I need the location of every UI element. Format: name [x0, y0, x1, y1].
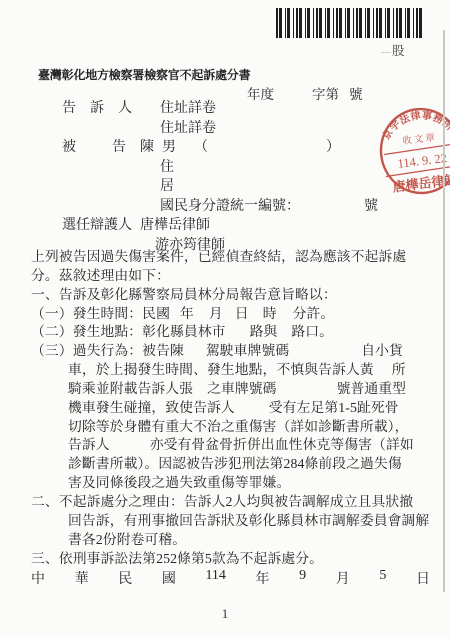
- doc-line: 騎乘並附載告訴人張之車牌號碼號普通重型: [0, 380, 450, 399]
- text-segment: 駕駛車牌號碼: [206, 343, 289, 358]
- date-char: 民: [118, 568, 132, 588]
- text-segment: 國民身分證統一編號：: [160, 199, 300, 214]
- text-segment: 告訴人: [68, 437, 110, 452]
- document-title: 臺灣彰化地方檢察署檢察官不起訴處分書: [38, 66, 250, 83]
- redaction-gap: [249, 317, 263, 318]
- redaction-gap: [300, 209, 364, 210]
- text-segment: （一）發生時間：民國: [31, 306, 170, 321]
- text-segment: 分。茲敘述理由如下：: [31, 268, 170, 283]
- doc-line: 二、不起訴處分之理由：告訴人2人均與被告調解成立且具狀撤: [0, 493, 450, 512]
- text-segment: 日: [235, 306, 249, 321]
- text-segment: 分許。: [293, 306, 335, 321]
- text-segment: 診斷書所載）。因認被告涉犯刑法第284條前段之過失傷: [68, 456, 402, 471]
- doc-line: （二）發生地點：彰化縣員林市路與路口。: [0, 323, 450, 342]
- text-segment: 一、告訴及彰化縣警察局員林分局報告意旨略以：: [31, 287, 337, 302]
- text-segment: 唐樺岳律師: [140, 218, 210, 233]
- redaction-gap: [76, 150, 112, 151]
- redaction-gap: [274, 98, 312, 99]
- redaction-gap: [277, 317, 293, 318]
- text-segment: （三）過失行為：被告陳: [31, 343, 184, 358]
- doc-line: 害及同條後段之過失致重傷等罪嫌。: [0, 474, 450, 493]
- text-segment: 切除等於身體有重大不治之重傷害（詳如診斷書所載），: [68, 419, 409, 434]
- doc-line: 選任辯護人唐樺岳律師: [0, 217, 450, 237]
- redaction-gap: [194, 317, 209, 318]
- text-segment: 男: [162, 140, 176, 155]
- date-line: 中華民國114年9月5日: [31, 568, 430, 588]
- doc-line: 機車發生碰撞，致使告訴人受有左足第1-5趾死骨: [0, 399, 450, 418]
- text-segment: 害及同條後段之過失致重傷等罪嫌。: [68, 475, 290, 490]
- text-segment: 二、不起訴處分之理由：告訴人2人均與被告調解成立且具狀撤: [31, 494, 413, 509]
- doc-line: （三）過失行為：被告陳駕駛車牌號碼自小貨: [0, 342, 450, 361]
- redaction-gap: [208, 150, 326, 151]
- stamp-lawyer-name: 唐樺岳律師: [392, 172, 450, 195]
- text-segment: 號普通重型: [337, 381, 406, 396]
- redaction-gap: [176, 150, 194, 151]
- doc-line: 分。茲敘述理由如下：: [0, 267, 450, 286]
- text-segment: 選任辯護人: [62, 218, 132, 233]
- text-segment: 住址詳卷: [160, 101, 216, 116]
- redaction-gap: [277, 392, 337, 393]
- text-segment: 所: [392, 362, 406, 377]
- barcode: [276, 8, 422, 38]
- text-segment: 月: [209, 306, 223, 321]
- redaction-gap: [193, 392, 207, 393]
- text-segment: 時: [263, 306, 277, 321]
- text-segment: 上列被告因過失傷害案件，已經偵查終結，認為應該不起訴處: [31, 249, 406, 264]
- doc-line: （一）發生時間：民國年月日時分許。: [0, 305, 450, 324]
- date-char: 中: [31, 568, 45, 588]
- redaction-gap: [226, 335, 250, 336]
- text-segment: 年: [180, 306, 194, 321]
- redaction-gap: [339, 98, 349, 99]
- redaction-gap: [374, 373, 392, 374]
- text-segment: 路口。: [291, 324, 333, 339]
- redaction-gap: [233, 98, 247, 99]
- redaction-gap: [277, 335, 291, 336]
- scan-page-edge: [443, 30, 445, 592]
- doc-line: 一、告訴及彰化縣警察局員林分局報告意旨略以：: [0, 286, 450, 305]
- text-segment: 住: [160, 160, 174, 175]
- redaction-gap: [132, 111, 160, 112]
- text-segment: 居: [160, 179, 174, 194]
- redaction-gap: [154, 150, 162, 151]
- doc-line: 書各2份附卷可稽。: [0, 531, 450, 550]
- text-segment: 三、依刑事訴訟法第252條第5款為不起訴處分。: [31, 551, 323, 566]
- division-text: 股: [392, 44, 406, 58]
- body-text-section: 上列被告因過失傷害案件，已經偵查終結，認為應該不起訴處分。茲敘述理由如下：一、告…: [0, 248, 450, 568]
- text-segment: （二）發生地點：彰化縣員林市: [31, 324, 226, 339]
- division-redaction-mark: —: [381, 47, 392, 58]
- text-segment: 路與: [250, 324, 278, 339]
- redaction-gap: [170, 317, 180, 318]
- text-segment: ）: [326, 140, 340, 155]
- date-char: 國: [162, 568, 176, 588]
- redaction-gap: [174, 189, 204, 190]
- text-segment: 告 訴 人: [62, 101, 132, 116]
- text-segment: 書各2份附卷可稽。: [68, 532, 186, 547]
- document-page: —股 臺灣彰化地方檢察署檢察官不起訴處分書 年度字第號 告 訴 人住址詳卷住址詳…: [0, 0, 450, 637]
- text-segment: 受有左足第1-5趾死骨: [269, 400, 399, 415]
- text-segment: 之車牌號碼: [207, 381, 276, 396]
- redaction-gap: [289, 354, 361, 355]
- redaction-gap: [184, 354, 206, 355]
- doc-line: 車，於上揭發生時間、發生地點，不慎與告訴人黃所: [0, 361, 450, 380]
- redaction-gap: [223, 317, 235, 318]
- division-label: —股: [381, 41, 406, 59]
- law-firm-receipt-stamp-icon: 京宇法律事務所 收文章 114. 9. 22 唐樺岳律師: [372, 99, 450, 203]
- doc-line: 三、依刑事訴訟法第252條第5款為不起訴處分。: [0, 550, 450, 569]
- doc-line: 告訴人亦受有骨盆骨折併出血性休克等傷害（詳如: [0, 436, 450, 455]
- text-segment: 騎乘並附載告訴人張: [68, 381, 193, 396]
- text-segment: 告 陳: [112, 140, 154, 155]
- doc-line: 切除等於身體有重大不治之重傷害（詳如診斷書所載），: [0, 418, 450, 437]
- page-number: 1: [0, 606, 450, 622]
- doc-line: 診斷書所載）。因認被告涉犯刑法第284條前段之過失傷: [0, 455, 450, 474]
- text-segment: 機車發生碰撞，致使告訴人: [68, 400, 235, 415]
- redaction-gap: [174, 170, 204, 171]
- text-segment: 號: [364, 199, 378, 214]
- doc-line: 上列被告因過失傷害案件，已經偵查終結，認為應該不起訴處: [0, 248, 450, 267]
- redaction-gap: [132, 228, 140, 229]
- text-segment: （: [194, 140, 208, 155]
- text-segment: 自小貨: [361, 343, 403, 358]
- stamp-type-label: 收文章: [402, 131, 438, 147]
- date-char: 年: [256, 568, 270, 588]
- date-char: 5: [379, 568, 386, 588]
- redaction-gap: [235, 411, 269, 412]
- date-char: 日: [416, 568, 430, 588]
- doc-line: 回告訴，有刑事撤回告訴狀及彰化縣員林市調解委員會調解: [0, 512, 450, 531]
- redaction-gap: [110, 448, 150, 449]
- date-char: 9: [299, 568, 306, 588]
- text-segment: 住址詳卷: [160, 121, 216, 136]
- text-segment: 車，於上揭發生時間、發生地點，不慎與告訴人黃: [68, 362, 374, 377]
- date-char: 114: [205, 568, 225, 588]
- text-segment: 被: [62, 140, 76, 155]
- text-segment: 亦受有骨盆骨折併出血性休克等傷害（詳如: [150, 437, 414, 452]
- text-segment: 回告訴，有刑事撤回告訴狀及彰化縣員林市調解委員會調解: [68, 513, 429, 528]
- date-char: 月: [336, 568, 350, 588]
- date-char: 華: [75, 568, 89, 588]
